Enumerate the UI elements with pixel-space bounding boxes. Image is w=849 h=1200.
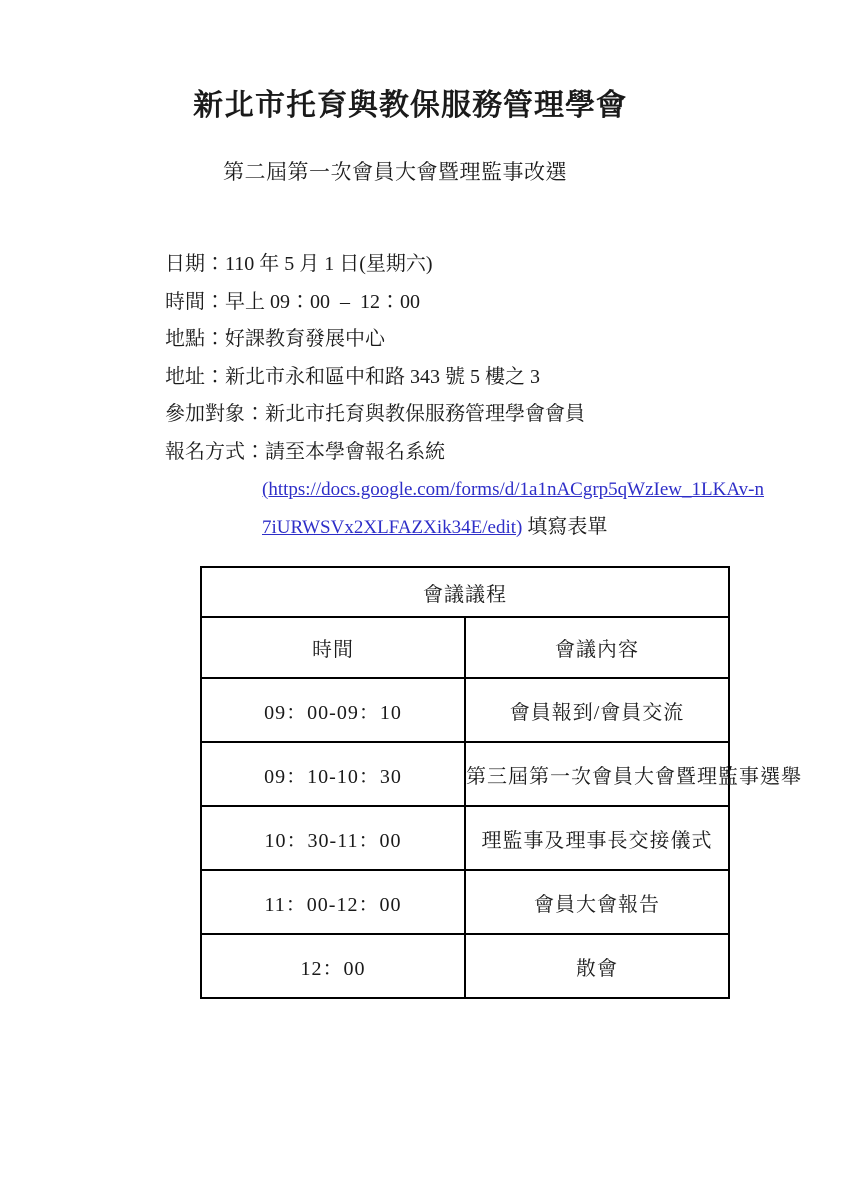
content-cell: 散會 <box>465 934 729 998</box>
info-line-time: 時間：早上 09：00 – 12：00 <box>165 284 785 322</box>
document-page: 新北市托育與教保服務管理學會 第二屆第一次會員大會暨理監事改選 日期：110 年… <box>0 0 849 1200</box>
registration-form-link-part2[interactable]: 7iURWSVx2XLFAZXik34E/edit <box>262 517 516 538</box>
info-line-participants: 參加對象：新北市托育與教保服務管理學會會員 <box>165 396 785 434</box>
agenda-row: 10：30-11：00 理監事及理事長交接儀式 <box>201 806 729 870</box>
form-link-line-2: 7iURWSVx2XLFAZXik34E/edit) 填寫表單 <box>165 509 785 547</box>
agenda-row: 11：00-12：00 會員大會報告 <box>201 870 729 934</box>
info-line-registration: 報名方式：請至本學會報名系統 <box>165 434 785 472</box>
content-cell: 理監事及理事長交接儀式 <box>465 806 729 870</box>
agenda-header-time: 時間 <box>201 617 465 678</box>
doc-title: 新北市托育與教保服務管理學會 <box>0 80 820 124</box>
form-link-line-1: (https://docs.google.com/forms/d/1a1nACg… <box>165 471 785 509</box>
info-line-address: 地址：新北市永和區中和路 343 號 5 樓之 3 <box>165 359 785 397</box>
link-suffix-text: 填寫表單 <box>522 516 607 538</box>
time-cell: 12：00 <box>201 934 465 998</box>
content-cell: 第三屆第一次會員大會暨理監事選舉 <box>465 742 729 806</box>
content-cell: 會員報到/會員交流 <box>465 678 729 742</box>
time-cell: 09：10-10：30 <box>201 742 465 806</box>
agenda-title-row: 會議議程 <box>201 567 729 617</box>
info-block: 日期：110 年 5 月 1 日(星期六) 時間：早上 09：00 – 12：0… <box>165 246 785 546</box>
agenda-table: 會議議程 時間 會議內容 09：00-09：10 會員報到/會員交流 09：10… <box>200 566 730 999</box>
content-cell: 會員大會報告 <box>465 870 729 934</box>
time-cell: 09：00-09：10 <box>201 678 465 742</box>
registration-form-link-part1[interactable]: (https://docs.google.com/forms/d/1a1nACg… <box>262 479 764 500</box>
info-line-location: 地點：好課教育發展中心 <box>165 321 785 359</box>
agenda-row: 12：00 散會 <box>201 934 729 998</box>
info-line-date: 日期：110 年 5 月 1 日(星期六) <box>165 246 785 284</box>
time-cell: 10：30-11：00 <box>201 806 465 870</box>
time-cell: 11：00-12：00 <box>201 870 465 934</box>
agenda-row: 09：00-09：10 會員報到/會員交流 <box>201 678 729 742</box>
agenda-row: 09：10-10：30 第三屆第一次會員大會暨理監事選舉 <box>201 742 729 806</box>
agenda-header-row: 時間 會議內容 <box>201 617 729 678</box>
doc-subtitle: 第二屆第一次會員大會暨理監事改選 <box>0 156 790 186</box>
agenda-title-cell: 會議議程 <box>201 567 729 617</box>
agenda-header-content: 會議內容 <box>465 617 729 678</box>
